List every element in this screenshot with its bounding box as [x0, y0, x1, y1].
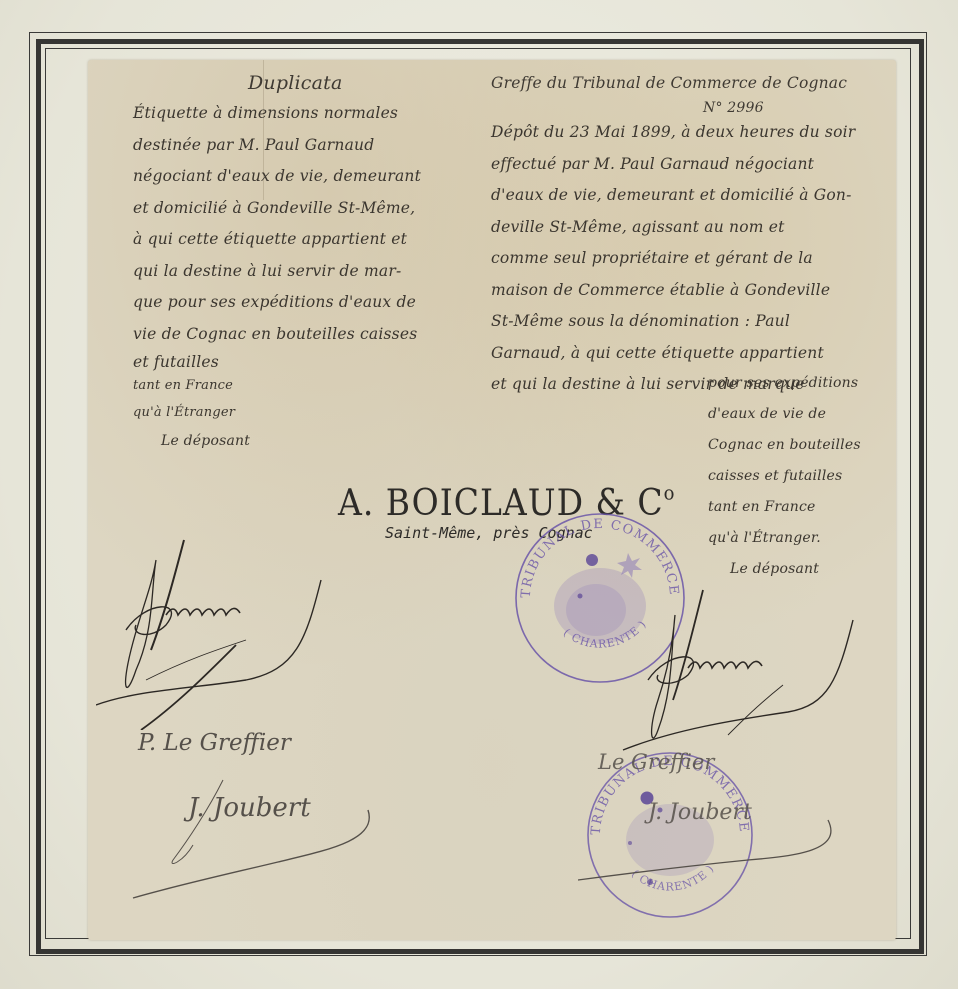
right-column-text: Dépôt du 23 Mai 1899, à deux heures du s…: [491, 117, 891, 401]
left-line: tant en France: [133, 374, 483, 398]
left-column-text: Étiquette à dimensions normales destinée…: [133, 98, 483, 454]
left-line: et futailles: [133, 350, 483, 374]
left-line: à qui cette étiquette appartient et: [133, 224, 483, 256]
album-mount: Duplicata Étiquette à dimensions normale…: [0, 0, 958, 989]
right-tail-line: Cognac en bouteilles: [708, 430, 888, 461]
left-line: et domicilié à Gondeville St-Même,: [133, 193, 483, 225]
greffier-flourish-left: [128, 750, 388, 900]
depositor-signature-right: [613, 580, 873, 760]
right-tail-line: tant en France: [708, 492, 888, 523]
registry-number: N° 2996: [703, 100, 764, 116]
registry-header: Greffe du Tribunal de Commerce de Cognac: [491, 74, 847, 92]
right-line: Dépôt du 23 Mai 1899, à deux heures du s…: [491, 117, 891, 149]
right-tail-line: pour ses expéditions: [708, 368, 888, 399]
right-line: d'eaux de vie, demeurant et domicilié à …: [491, 180, 891, 212]
duplicate-title: Duplicata: [248, 72, 343, 94]
left-line: vie de Cognac en bouteilles caisses: [133, 319, 483, 351]
right-column-tail: pour ses expéditions d'eaux de vie de Co…: [708, 368, 888, 585]
left-line: qu'à l'Étranger: [133, 398, 483, 428]
right-line: comme seul propriétaire et gérant de la: [491, 243, 891, 275]
right-tail-line: d'eaux de vie de: [708, 399, 888, 430]
right-line: maison de Commerce établie à Gondeville: [491, 275, 891, 307]
right-line: Garnaud, à qui cette étiquette appartien…: [491, 338, 891, 370]
document-sheet: Duplicata Étiquette à dimensions normale…: [88, 60, 896, 940]
left-line: Étiquette à dimensions normales: [133, 98, 483, 130]
right-line: deville St-Même, agissant au nom et: [491, 212, 891, 244]
left-line: destinée par M. Paul Garnaud: [133, 130, 483, 162]
right-line: effectué par M. Paul Garnaud négociant: [491, 149, 891, 181]
greffier-flourish-right: [578, 760, 858, 890]
right-tail-line: caisses et futailles: [708, 461, 888, 492]
depositor-signature-left: [96, 530, 346, 730]
right-line: St-Même sous la dénomination : Paul: [491, 306, 891, 338]
left-depositor-label: Le déposant: [133, 428, 483, 454]
left-line: qui la destine à lui servir de mar-: [133, 256, 483, 288]
left-line: que pour ses expéditions d'eaux de: [133, 287, 483, 319]
right-tail-line: qu'à l'Étranger.: [708, 523, 888, 554]
left-line: négociant d'eaux de vie, demeurant: [133, 161, 483, 193]
